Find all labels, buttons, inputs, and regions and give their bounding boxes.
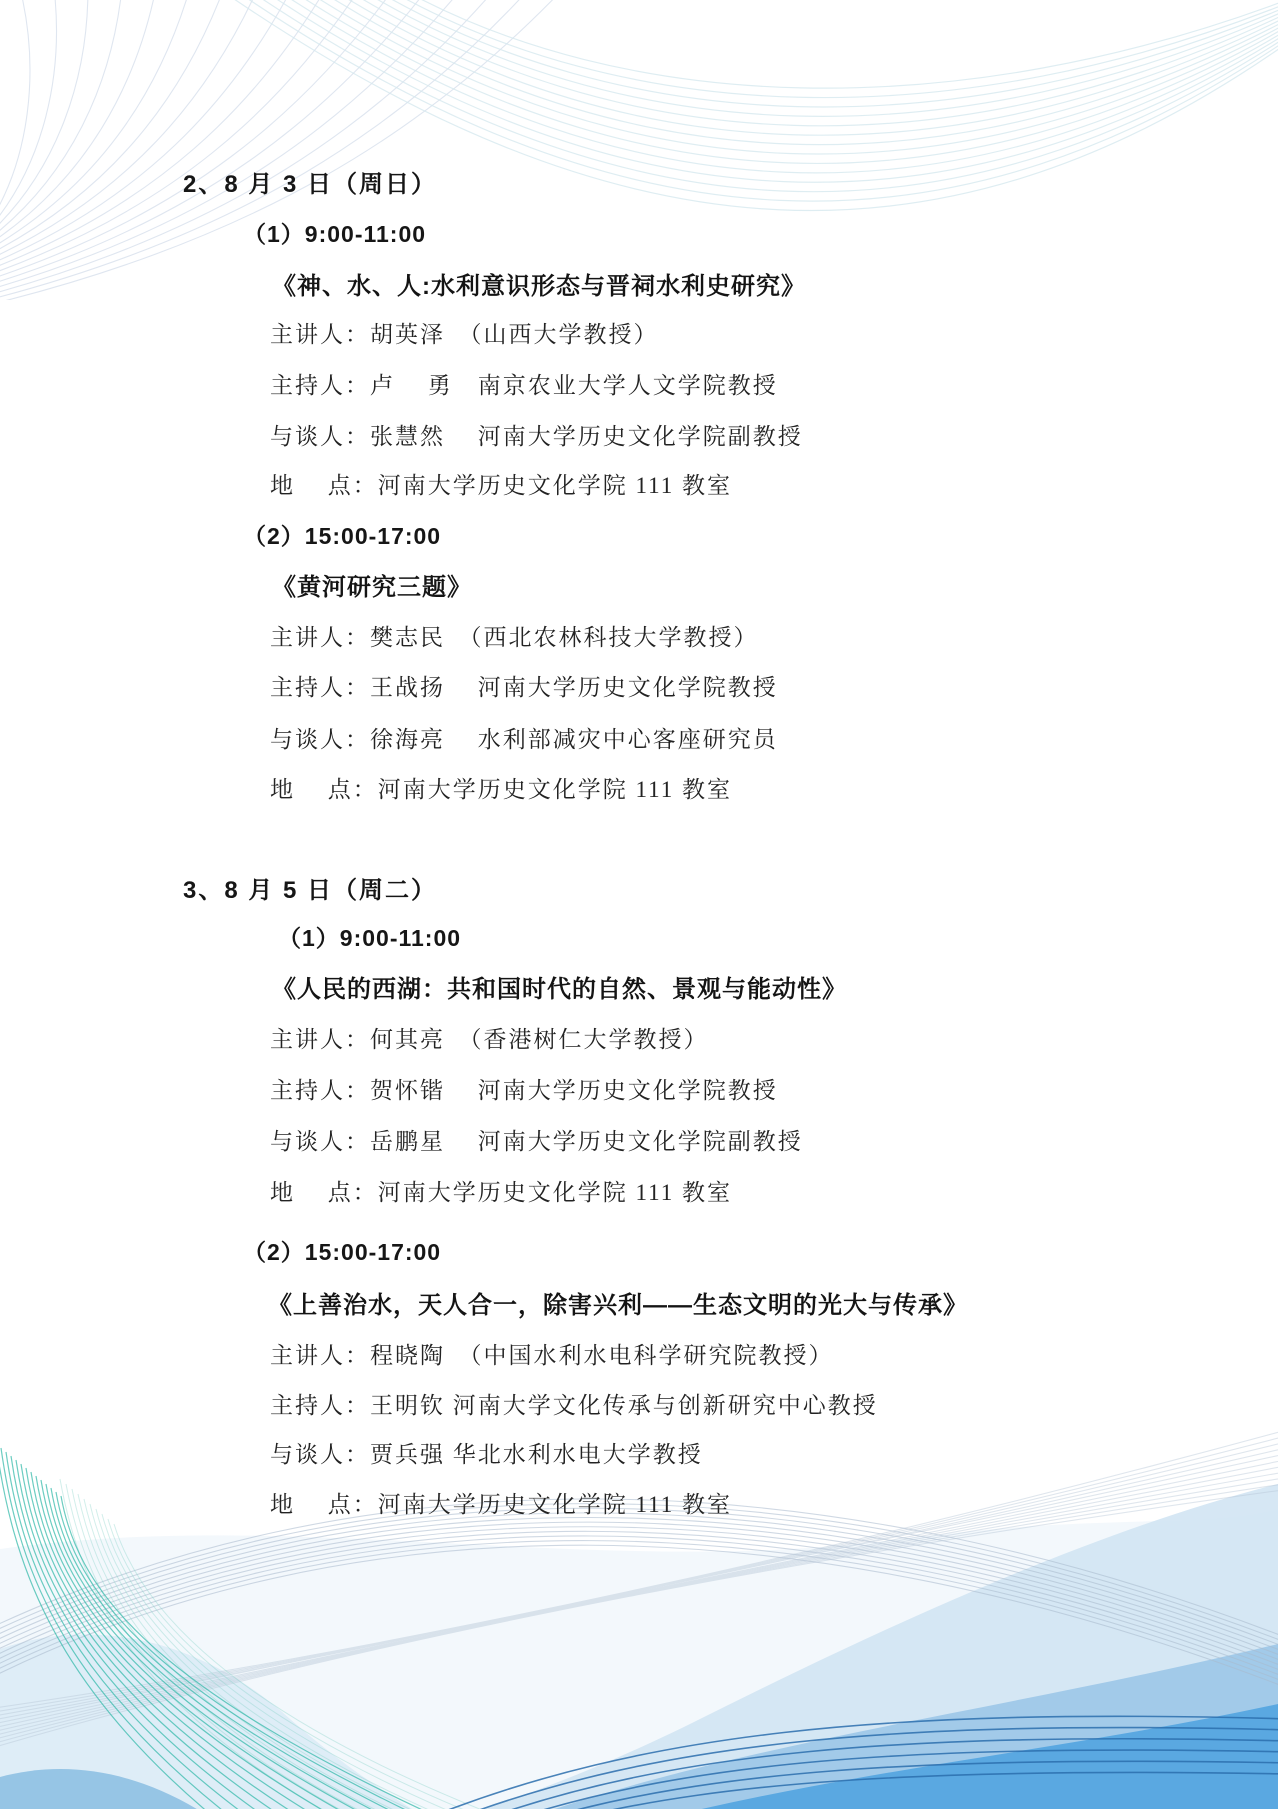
location-line: 地 点：河南大学历史文化学院 111 教室	[270, 771, 732, 804]
section-heading: 2、8 月 3 日（周日）	[183, 164, 437, 199]
speaker-line: 主讲人：程晓陶 （中国水利水电科学研究院教授）	[270, 1337, 834, 1370]
session-title: 《黄河研究三题》	[272, 567, 472, 602]
document-page: 2、8 月 3 日（周日） （1）9:00-11:00 《神、水、人:水利意识形…	[0, 0, 1278, 1809]
session-title: 《神、水、人:水利意识形态与晋祠水利史研究》	[272, 266, 806, 301]
session-time: （1）9:00-11:00	[243, 216, 426, 249]
discussant-line: 与谈人：张慧然 河南大学历史文化学院副教授	[270, 418, 803, 451]
discussant-line: 与谈人：贾兵强 华北水利水电大学教授	[270, 1436, 703, 1469]
speaker-line: 主讲人：樊志民 （西北农林科技大学教授）	[270, 619, 759, 652]
host-line: 主持人：贺怀锴 河南大学历史文化学院教授	[270, 1072, 778, 1105]
discussant-line: 与谈人：徐海亮 水利部减灾中心客座研究员	[270, 721, 778, 754]
speaker-line: 主讲人：胡英泽 （山西大学教授）	[270, 316, 659, 349]
session-title: 《上善治水，天人合一，除害兴利——生态文明的光大与传承》	[268, 1285, 968, 1320]
section-heading: 3、8 月 5 日（周二）	[183, 870, 437, 905]
location-line: 地 点：河南大学历史文化学院 111 教室	[270, 1486, 732, 1519]
location-line: 地 点：河南大学历史文化学院 111 教室	[270, 467, 732, 500]
session-title: 《人民的西湖：共和国时代的自然、景观与能动性》	[272, 969, 847, 1004]
session-time: （2）15:00-17:00	[243, 1234, 441, 1267]
speaker-line: 主讲人：何其亮 （香港树仁大学教授）	[270, 1021, 709, 1054]
host-line: 主持人：王明钦 河南大学文化传承与创新研究中心教授	[270, 1387, 878, 1420]
session-time: （1）9:00-11:00	[278, 920, 461, 953]
host-line: 主持人：卢 勇 南京农业大学人文学院教授	[270, 367, 778, 400]
host-line: 主持人：王战扬 河南大学历史文化学院教授	[270, 669, 778, 702]
location-line: 地 点：河南大学历史文化学院 111 教室	[270, 1174, 732, 1207]
discussant-line: 与谈人：岳鹏星 河南大学历史文化学院副教授	[270, 1123, 803, 1156]
session-time: （2）15:00-17:00	[243, 518, 441, 551]
